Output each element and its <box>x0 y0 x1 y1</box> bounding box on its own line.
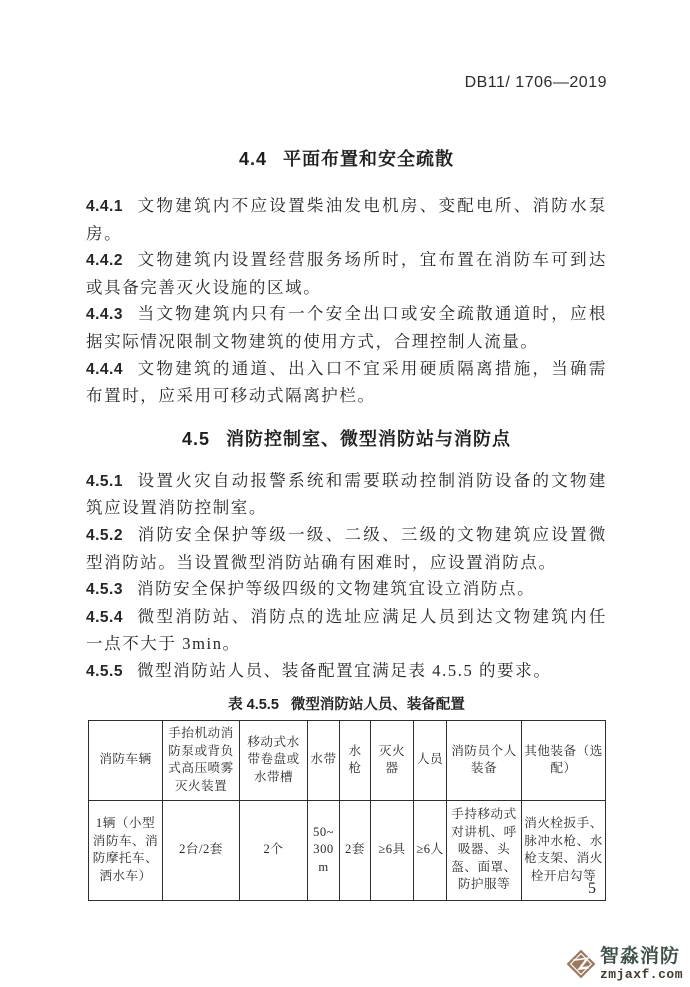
section-heading-4-4: 4.4平面布置和安全疏散 <box>86 145 607 171</box>
col-header-extinguisher: 灭火器 <box>371 720 414 800</box>
clause-4-5-3: 4.5.3消防安全保护等级四级的文物建筑宜设立消防点。 <box>86 576 607 604</box>
brand-name: 智淼消防 <box>600 947 683 966</box>
page-content: DB11/ 1706—2019 4.4平面布置和安全疏散 4.4.1文物建筑内不… <box>86 0 607 901</box>
document-page: DB11/ 1706—2019 4.4平面布置和安全疏散 4.4.1文物建筑内不… <box>0 0 690 987</box>
clause-number: 4.5.5 <box>86 663 123 680</box>
equipment-config-table: 消防车辆 手抬机动消防泵或背负式高压喷雾灭火装置 移动式水带卷盘或水带槽 水带 … <box>88 720 606 901</box>
col-header-hose-reel: 移动式水带卷盘或水带槽 <box>240 720 308 800</box>
cell-hose-reel: 2个 <box>240 800 308 900</box>
clause-number: 4.5.4 <box>86 609 123 626</box>
clause-text: 微型消防站、消防点的选址应满足人员到达文物建筑内任一点不大于 3min。 <box>86 607 607 654</box>
clause-4-4-3: 4.4.3当文物建筑内只有一个安全出口或安全疏散通道时，应根据实际情况限制文物建… <box>86 301 607 355</box>
clause-text: 消防安全保护等级四级的文物建筑宜设立消防点。 <box>137 579 535 598</box>
clause-text: 文物建筑内不应设置柴油发电机房、变配电所、消防水泵房。 <box>86 196 607 243</box>
clause-number: 4.4.2 <box>86 252 123 269</box>
brand-domain: zmjaxf.com <box>600 968 683 981</box>
cell-nozzle: 2套 <box>340 800 371 900</box>
col-header-personnel: 人员 <box>414 720 447 800</box>
section-title-text: 消防控制室、微型消防站与消防点 <box>226 429 511 449</box>
clause-4-5-5: 4.5.5微型消防站人员、装备配置宜满足表 4.5.5 的要求。 <box>86 658 607 686</box>
table-caption: 表 4.5.5微型消防站人员、装备配置 <box>86 693 607 714</box>
cell-personal-equipment: 手持移动式对讲机、呼吸器、头盔、面罩、防护服等 <box>447 800 522 900</box>
section-number: 4.5 <box>182 429 210 449</box>
clause-4-4-1: 4.4.1文物建筑内不应设置柴油发电机房、变配电所、消防水泵房。 <box>86 193 607 247</box>
clause-number: 4.5.2 <box>86 527 123 544</box>
col-header-pump: 手抬机动消防泵或背负式高压喷雾灭火装置 <box>163 720 240 800</box>
col-header-nozzle: 水枪 <box>340 720 371 800</box>
section-title-text: 平面布置和安全疏散 <box>283 149 454 169</box>
page-number: 5 <box>588 880 596 898</box>
section-number: 4.4 <box>239 149 267 169</box>
clause-4-5-4: 4.5.4微型消防站、消防点的选址应满足人员到达文物建筑内任一点不大于 3min… <box>86 604 607 658</box>
cell-vehicle: 1辆（小型消防车、消防摩托车、洒水车） <box>89 800 163 900</box>
col-header-vehicle: 消防车辆 <box>89 720 163 800</box>
clause-4-4-4: 4.4.4文物建筑的通道、出入口不宜采用硬质隔离措施，当确需布置时，应采用可移动… <box>86 356 607 410</box>
clause-text: 文物建筑的通道、出入口不宜采用硬质隔离措施，当确需布置时，应采用可移动式隔离护栏… <box>86 359 607 406</box>
brand-text-block: 智淼消防 zmjaxf.com <box>600 947 683 981</box>
section-heading-4-5: 4.5消防控制室、微型消防站与消防点 <box>86 425 607 451</box>
clause-text: 微型消防站人员、装备配置宜满足表 4.5.5 的要求。 <box>137 661 551 680</box>
clause-number: 4.5.3 <box>86 581 123 598</box>
clause-number: 4.5.1 <box>86 473 123 490</box>
clause-text: 当文物建筑内只有一个安全出口或安全疏散通道时，应根据实际情况限制文物建筑的使用方… <box>86 304 607 351</box>
brand-diamond-icon <box>565 948 597 980</box>
clause-4-5-2: 4.5.2消防安全保护等级一级、二级、三级的文物建筑应设置微型消防站。当设置微型… <box>86 522 607 576</box>
standard-code-header: DB11/ 1706—2019 <box>86 74 607 92</box>
clause-number: 4.4.3 <box>86 306 123 323</box>
cell-personnel: ≥6人 <box>414 800 447 900</box>
table-caption-title: 微型消防站人员、装备配置 <box>291 697 465 713</box>
col-header-hose: 水带 <box>308 720 340 800</box>
cell-pump: 2台/2套 <box>163 800 240 900</box>
table-caption-number: 表 4.5.5 <box>228 697 279 713</box>
cell-hose: 50~300m <box>308 800 340 900</box>
clause-number: 4.4.4 <box>86 361 123 378</box>
watermark-logo: 智淼消防 zmjaxf.com <box>565 947 683 981</box>
clause-text: 消防安全保护等级一级、二级、三级的文物建筑应设置微型消防站。当设置微型消防站确有… <box>86 525 607 572</box>
col-header-other-equipment: 其他装备（选配） <box>522 720 606 800</box>
clause-text: 设置火灾自动报警系统和需要联动控制消防设备的文物建筑应设置消防控制室。 <box>86 471 607 518</box>
clause-4-4-2: 4.4.2文物建筑内设置经营服务场所时，宜布置在消防车可到达或具备完善灭火设施的… <box>86 247 607 301</box>
cell-extinguisher: ≥6具 <box>371 800 414 900</box>
clause-text: 文物建筑内设置经营服务场所时，宜布置在消防车可到达或具备完善灭火设施的区域。 <box>86 250 607 297</box>
table-row: 1辆（小型消防车、消防摩托车、洒水车） 2台/2套 2个 50~300m 2套 … <box>89 800 606 900</box>
clause-4-5-1: 4.5.1设置火灾自动报警系统和需要联动控制消防设备的文物建筑应设置消防控制室。 <box>86 468 607 522</box>
col-header-personal-equipment: 消防员个人装备 <box>447 720 522 800</box>
table-header-row: 消防车辆 手抬机动消防泵或背负式高压喷雾灭火装置 移动式水带卷盘或水带槽 水带 … <box>89 720 606 800</box>
clause-number: 4.4.1 <box>86 198 123 215</box>
